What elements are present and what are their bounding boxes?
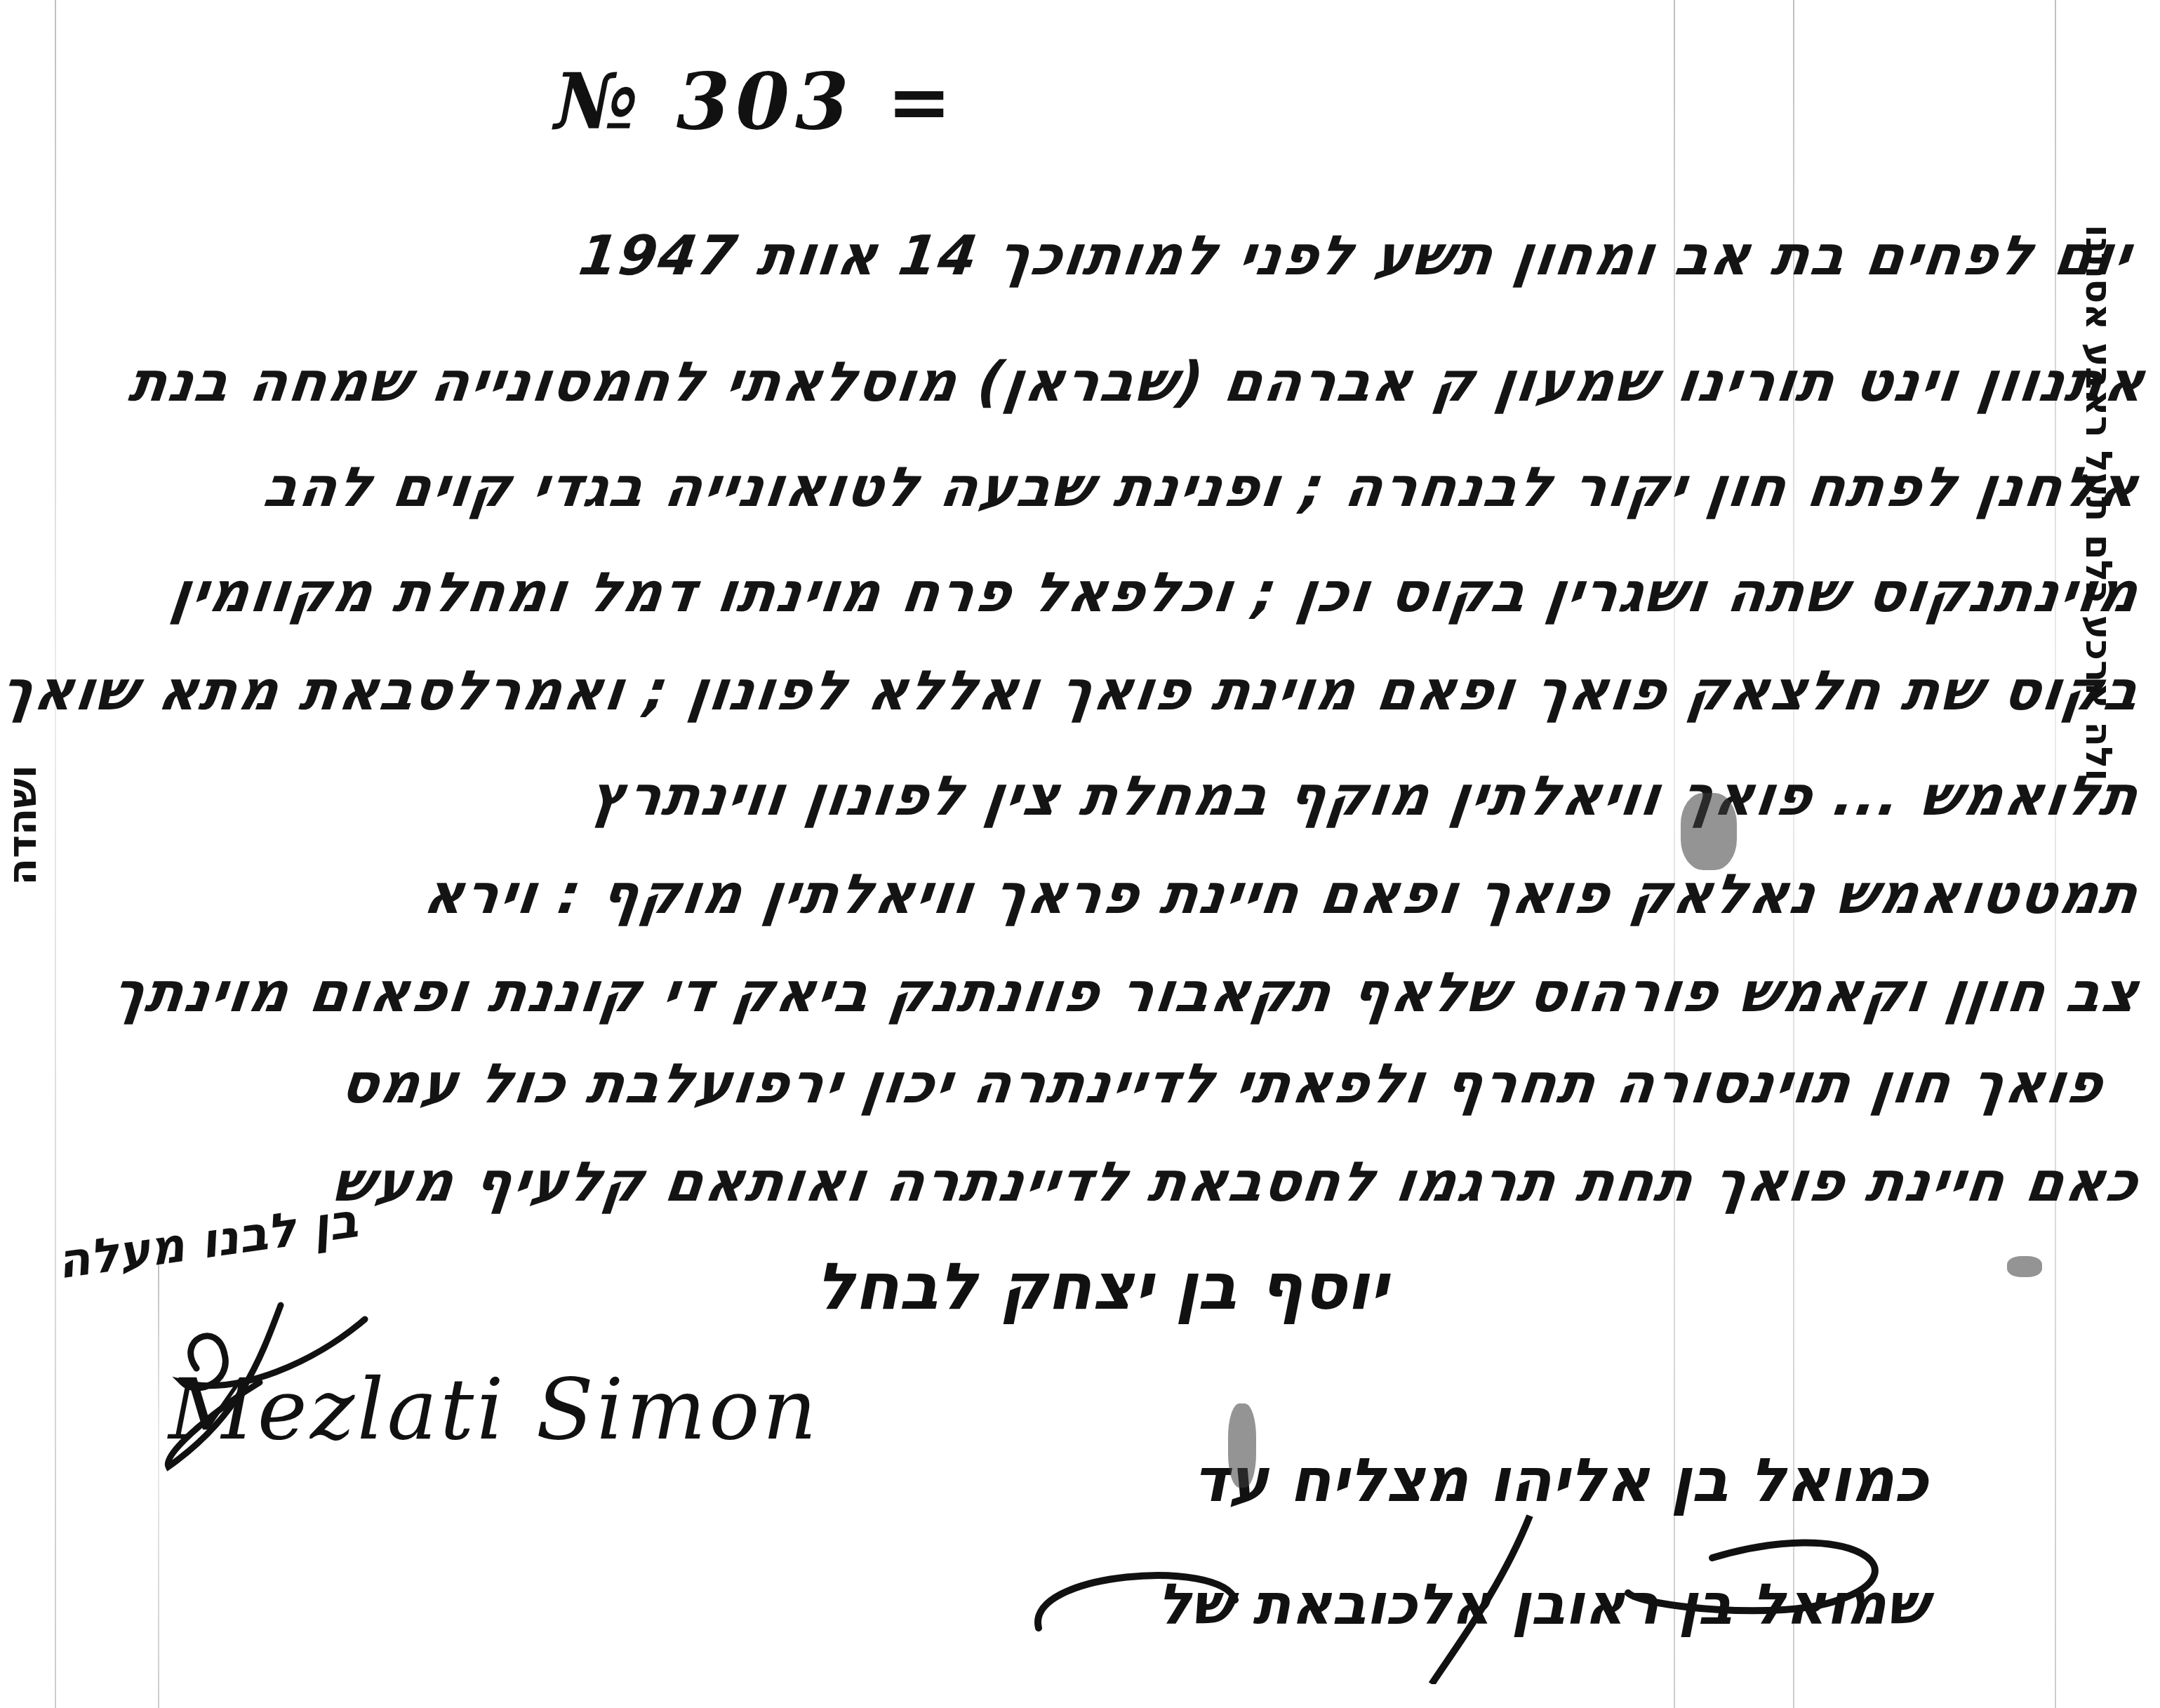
text-line-3: אלחנן לפתח חון יקור לבנחרה ; ופנינת שבעה… — [260, 456, 2143, 519]
ink-smudge — [2007, 1256, 2042, 1277]
signature-latin: Mezlati Simon — [168, 1361, 820, 1459]
fold-line — [55, 0, 56, 1708]
text-line-1: יום לפחים בת אב ומחון תשע לפני למותוכך 1… — [575, 225, 2137, 288]
signature-left-hebrew: בן לבנו מעלה — [54, 1193, 361, 1290]
text-line-8: צב חוןן וקאמש פורהוס שלאף תקאבור פוונתנק… — [109, 961, 2144, 1025]
ink-smudge — [1681, 793, 1737, 870]
text-line-9: פואך חון תוינסורה תחרף ולפאתי לדיינתרה י… — [337, 1053, 2108, 1116]
signature-witness-1: יוסף בן יצחק לבחל — [815, 1249, 1388, 1324]
text-line-2: אתנוון וינט תורינו שמעון ק אברהם (שבראן)… — [126, 351, 2150, 414]
scanned-document-page: № 303 = יום לפחים בת אב ומחון תשע לפני ל… — [0, 0, 2160, 1708]
signature-swirl-icon — [1011, 1432, 1937, 1684]
text-line-10: כאם חיינת פואך תחת תרגמו לחסבאת לדיינתרה… — [328, 1151, 2143, 1214]
text-line-7: תמטטואמש נאלאק פואך ופאם חיינת פראך וויא… — [420, 863, 2143, 926]
left-margin-note: ושהדה — [0, 765, 46, 886]
document-number: № 303 = — [554, 56, 957, 147]
text-line-4: מוינתנקוס שתה ושגרין בקוס וכן ; וכלפאל פ… — [168, 561, 2144, 625]
text-line-5: בקוס שת חלצאק פואך ופאם מוינת פואך ואללא… — [0, 660, 2143, 723]
ink-smudge — [1228, 1403, 1256, 1488]
text-line-6: תלואמש ... פואך וויאלתין מוקף במחלת צין … — [586, 765, 2143, 828]
right-margin-note: ולה ארכע כלם תעל ראבע אסתנו — [2077, 225, 2119, 781]
